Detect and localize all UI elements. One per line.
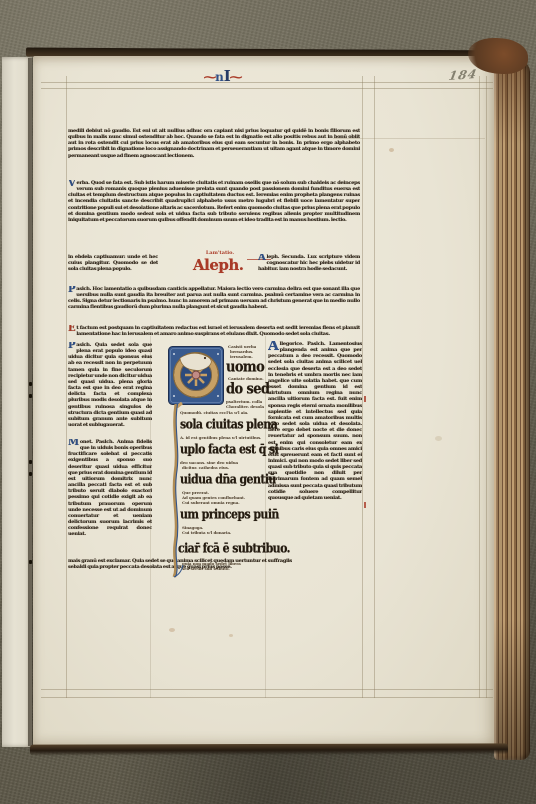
illuminated-initial-Q <box>168 346 224 408</box>
stitch-dot <box>29 460 32 464</box>
ruling-line <box>41 697 493 698</box>
folio-number: 184 <box>448 68 479 82</box>
red-pen-stroke <box>364 502 366 508</box>
initial-letter: P <box>68 286 75 293</box>
initial-letter: A <box>268 341 279 351</box>
commentary-paragraph: Paslch. Hoc lamentatio a quibusdam canti… <box>68 286 360 324</box>
interlinear-gloss: sed seruit sub tributo. <box>182 567 230 572</box>
commentary-paragraph: medili debiut nō gaudio. Est eni ut ait … <box>68 128 360 179</box>
interlinear-gloss: Casisti uerba <box>228 345 256 350</box>
ruling-line <box>66 76 67 698</box>
gloss-column-left: Paslch. Quia sedet sola que plena erat p… <box>68 342 152 438</box>
ruling-line <box>41 689 493 690</box>
page-stack-fore-edge <box>494 60 530 760</box>
interlinear-gloss: deo uacans. sine deo uidua <box>180 461 238 466</box>
verse-line: uomo <box>226 361 264 374</box>
interlinear-gloss: Que preerat. <box>182 491 209 496</box>
interlinear-gloss: dicitur. cathedra eius. <box>182 466 229 471</box>
verse-line: do sed <box>226 383 269 396</box>
commentary-fragment: in ebdela captiuamur: unde et hec cuius … <box>68 254 158 285</box>
initial-letter: E <box>68 325 75 332</box>
interlinear-gloss: Sinagoga. <box>182 526 203 531</box>
foxing-spot <box>389 148 394 152</box>
initial-letter: V <box>68 180 76 187</box>
pen-flourish-icon: ~ <box>202 71 218 83</box>
stitch-dot <box>29 560 32 564</box>
ruling-line <box>479 76 480 698</box>
verse-line: ciar̄ fcā ē subtribuo. <box>178 542 290 555</box>
initial-letter: M <box>68 439 79 446</box>
rubric-aleph: Aleph. <box>193 258 244 272</box>
commentary-fragment: Aleph. Secunda. Lux scripture videm cogn… <box>258 254 360 284</box>
book-bottom-edge <box>30 743 508 755</box>
interlinear-gloss: Choraliter. desolata. <box>226 405 264 410</box>
commentary-paragraph: Et factum est postquam in captiuitatem r… <box>68 325 360 341</box>
interlinear-gloss: Cui tributa u'l donaria. <box>182 531 231 536</box>
ruling-line <box>362 76 363 698</box>
stitch-dot <box>29 382 32 386</box>
quire-mark: ~nI~ <box>205 70 241 83</box>
initial-letter: P <box>68 342 75 349</box>
ruling-line <box>486 76 487 698</box>
foxing-spot <box>229 634 233 637</box>
interlinear-gloss: Ad quam gentes confluebant. <box>182 496 245 501</box>
interlinear-gloss: bernardus. <box>230 350 253 355</box>
red-pen-stroke <box>364 396 366 402</box>
interlinear-gloss: Quomodū. ciuitas eccl'ia u'l aīa. <box>180 411 248 416</box>
gloss-column-left: Monet. Paslch. Anima fidelis que in uidu… <box>68 439 152 557</box>
stitch-dot <box>29 472 32 476</box>
ruling-line <box>374 76 375 698</box>
verse-line: sola ciuitas plena <box>180 418 277 431</box>
ruling-line <box>41 88 493 89</box>
stitch-dot <box>29 394 32 398</box>
interlinear-gloss: Cui suberant omnia regna. <box>182 501 240 506</box>
foxing-spot <box>169 628 175 632</box>
manuscript-page: ~nI~ 184 medili debiut nō gaudio. Est en… <box>33 56 497 748</box>
bible-text-column: Casisti uerba bernardus. ierusalem. uomo… <box>152 340 266 588</box>
ruling-line <box>41 82 493 83</box>
verse-line: uplo facta est q̄ si <box>180 443 278 456</box>
interlinear-gloss: A. id est gentibus plena u'l uirtutibus. <box>180 436 261 441</box>
interlinear-gloss: quia non modo sedet libera <box>182 562 241 567</box>
initial-letter: A <box>258 254 266 261</box>
interlinear-gloss: psalterium. colla <box>226 400 262 405</box>
foxing-spot <box>435 436 442 441</box>
commentary-paragraph: Verba. Quod se fata est. Sub istis harum… <box>68 180 360 252</box>
pen-flourish-icon: ~ <box>228 71 244 83</box>
verse-line: um princeps puin̄ <box>180 508 279 521</box>
verse-line: uidua dn̄a gentiū <box>180 473 276 486</box>
